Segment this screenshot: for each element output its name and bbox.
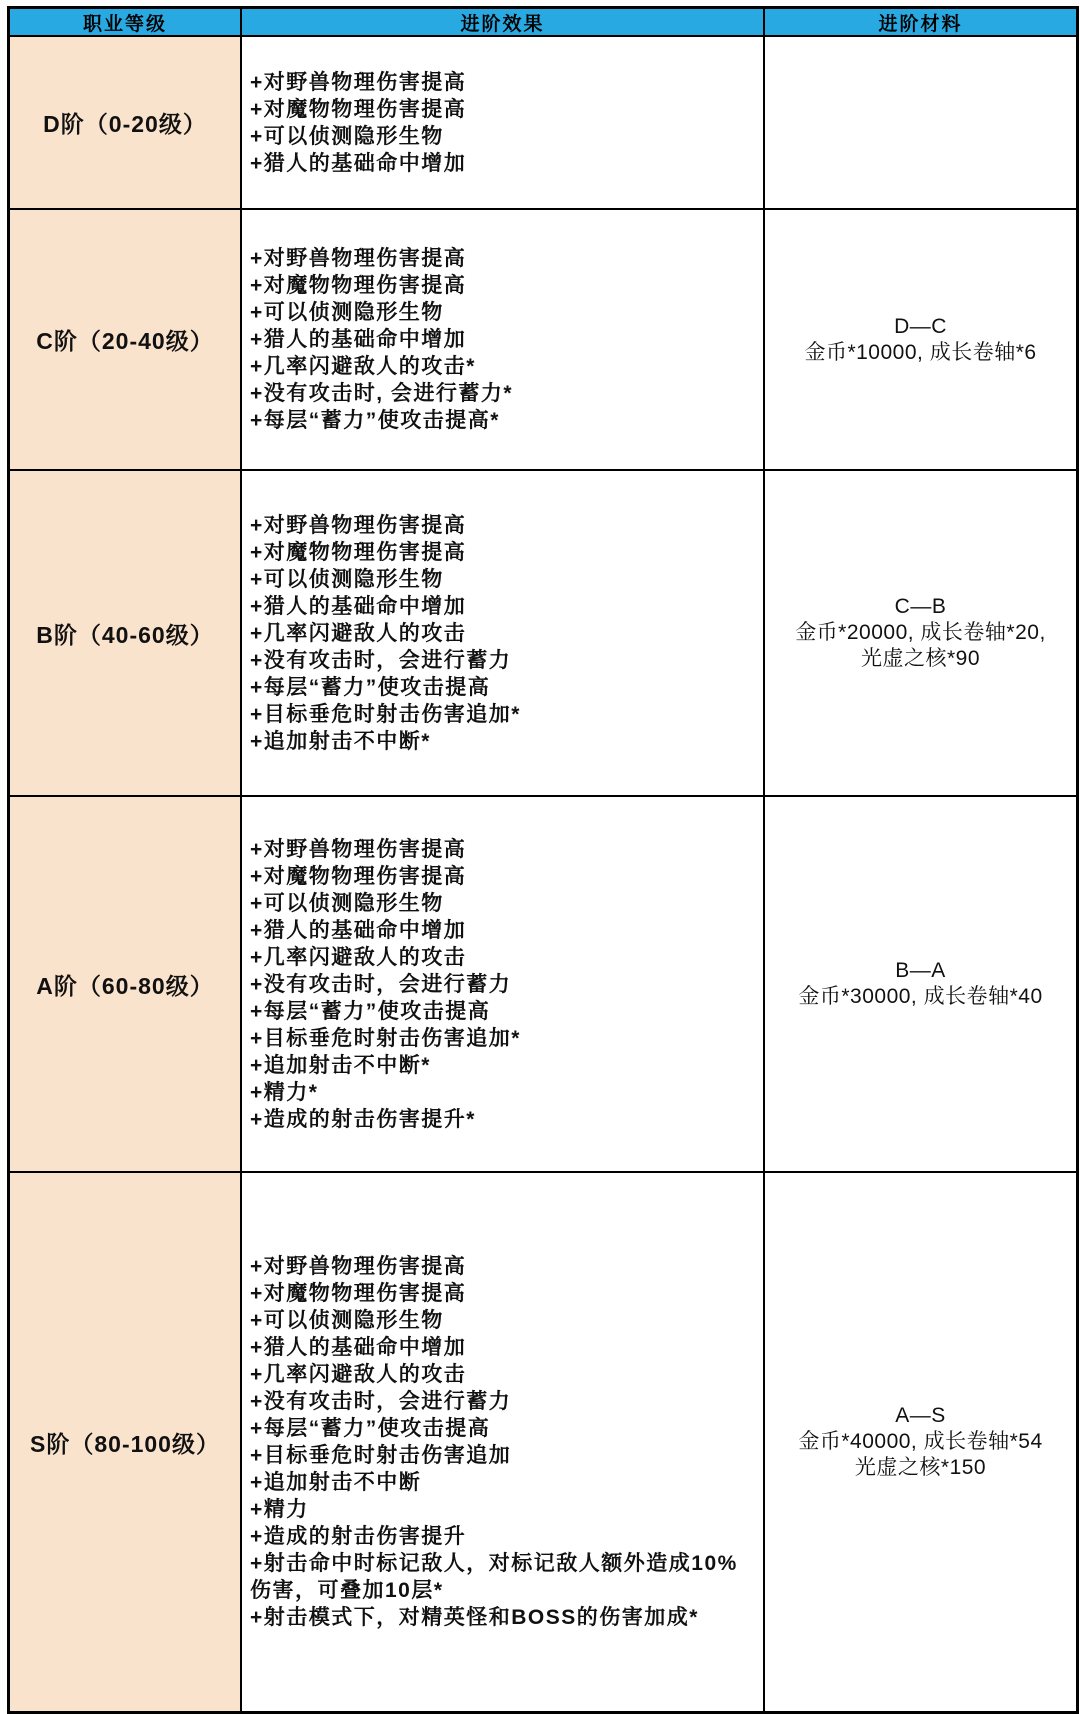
effect-line: +追加射击不中断* — [250, 1052, 521, 1079]
effect-line: +精力 — [250, 1496, 755, 1523]
materials-cell: B—A金币*30000, 成长卷轴*40 — [763, 797, 1076, 1171]
effect-line: +几率闪避敌人的攻击 — [250, 1361, 755, 1388]
effect-line: +对魔物物理伤害提高 — [250, 1280, 755, 1307]
effect-line: +每层“蓄力”使攻击提高 — [250, 998, 521, 1025]
effect-line: +造成的射击伤害提升 — [250, 1523, 755, 1550]
effect-line: +没有攻击时，会进行蓄力 — [250, 647, 521, 674]
materials-list: D—C金币*10000, 成长卷轴*6 — [769, 314, 1072, 366]
materials-list: B—A金币*30000, 成长卷轴*40 — [769, 958, 1072, 1010]
effects-list: +对野兽物理伤害提高+对魔物物理伤害提高+可以侦测隐形生物+猎人的基础命中增加 — [250, 69, 466, 177]
table-row: B阶（40-60级） +对野兽物理伤害提高+对魔物物理伤害提高+可以侦测隐形生物… — [10, 469, 1076, 795]
effect-line: +可以侦测隐形生物 — [250, 566, 521, 593]
material-line: 金币*30000, 成长卷轴*40 — [769, 984, 1072, 1010]
effect-line: +猎人的基础命中增加 — [250, 593, 521, 620]
effect-line: +对魔物物理伤害提高 — [250, 863, 521, 890]
effect-line: +几率闪避敌人的攻击 — [250, 620, 521, 647]
effect-line: +对野兽物理伤害提高 — [250, 69, 466, 96]
grade-label: D阶（0-20级） — [43, 106, 207, 139]
page: 职业等级 进阶效果 进阶材料 D阶（0-20级） +对野兽物理伤害提高+对魔物物… — [0, 0, 1080, 1709]
effect-line: +射击模式下，对精英怪和BOSS的伤害加成* — [250, 1604, 755, 1631]
table-row: A阶（60-80级） +对野兽物理伤害提高+对魔物物理伤害提高+可以侦测隐形生物… — [10, 795, 1076, 1171]
effect-line: +对野兽物理伤害提高 — [250, 836, 521, 863]
material-line: D—C — [769, 314, 1072, 340]
table-header-row: 职业等级 进阶效果 进阶材料 — [10, 9, 1076, 35]
effect-line: +对野兽物理伤害提高 — [250, 512, 521, 539]
effects-cell: +对野兽物理伤害提高+对魔物物理伤害提高+可以侦测隐形生物+猎人的基础命中增加+… — [240, 1173, 763, 1711]
grade-cell: D阶（0-20级） — [10, 37, 240, 208]
table-row: S阶（80-100级） +对野兽物理伤害提高+对魔物物理伤害提高+可以侦测隐形生… — [10, 1171, 1076, 1711]
header-advancement-effects: 进阶效果 — [240, 9, 763, 35]
effects-list: +对野兽物理伤害提高+对魔物物理伤害提高+可以侦测隐形生物+猎人的基础命中增加+… — [250, 1253, 755, 1631]
effects-cell: +对野兽物理伤害提高+对魔物物理伤害提高+可以侦测隐形生物+猎人的基础命中增加+… — [240, 210, 763, 469]
effect-line: +目标垂危时射击伤害追加* — [250, 1025, 521, 1052]
materials-cell: C—B金币*20000, 成长卷轴*20,光虚之核*90 — [763, 471, 1076, 795]
material-line: 光虚之核*90 — [769, 646, 1072, 672]
effect-line: +每层“蓄力”使攻击提高* — [250, 407, 513, 434]
material-line: 金币*20000, 成长卷轴*20, — [769, 620, 1072, 646]
material-line: 光虚之核*150 — [769, 1455, 1072, 1481]
effect-line: +造成的射击伤害提升* — [250, 1106, 521, 1133]
effect-line: +目标垂危时射击伤害追加 — [250, 1442, 755, 1469]
effect-line: +追加射击不中断 — [250, 1469, 755, 1496]
effect-line: +射击命中时标记敌人，对标记敌人额外造成10%伤害，可叠加10层* — [250, 1550, 755, 1604]
grade-label: B阶（40-60级） — [36, 617, 213, 650]
effects-cell: +对野兽物理伤害提高+对魔物物理伤害提高+可以侦测隐形生物+猎人的基础命中增加+… — [240, 471, 763, 795]
grade-label: C阶（20-40级） — [36, 323, 213, 356]
materials-cell: D—C金币*10000, 成长卷轴*6 — [763, 210, 1076, 469]
effect-line: +猎人的基础命中增加 — [250, 1334, 755, 1361]
effects-list: +对野兽物理伤害提高+对魔物物理伤害提高+可以侦测隐形生物+猎人的基础命中增加+… — [250, 836, 521, 1133]
effect-line: +目标垂危时射击伤害追加* — [250, 701, 521, 728]
grade-cell: S阶（80-100级） — [10, 1173, 240, 1711]
effect-line: +猎人的基础命中增加 — [250, 150, 466, 177]
effect-line: +对魔物物理伤害提高 — [250, 96, 466, 123]
material-line: 金币*10000, 成长卷轴*6 — [769, 340, 1072, 366]
materials-list: A—S金币*40000, 成长卷轴*54光虚之核*150 — [769, 1403, 1072, 1481]
materials-cell — [763, 37, 1076, 208]
effect-line: +对野兽物理伤害提高 — [250, 1253, 755, 1280]
effect-line: +对野兽物理伤害提高 — [250, 245, 513, 272]
advancement-table: 职业等级 进阶效果 进阶材料 D阶（0-20级） +对野兽物理伤害提高+对魔物物… — [7, 6, 1079, 1714]
material-line: B—A — [769, 958, 1072, 984]
effect-line: +对魔物物理伤害提高 — [250, 539, 521, 566]
table-row: C阶（20-40级） +对野兽物理伤害提高+对魔物物理伤害提高+可以侦测隐形生物… — [10, 208, 1076, 469]
effect-line: +猎人的基础命中增加 — [250, 917, 521, 944]
effect-line: +每层“蓄力”使攻击提高 — [250, 674, 521, 701]
grade-label: A阶（60-80级） — [36, 968, 213, 1001]
materials-cell: A—S金币*40000, 成长卷轴*54光虚之核*150 — [763, 1173, 1076, 1711]
effect-line: +可以侦测隐形生物 — [250, 890, 521, 917]
effect-line: +对魔物物理伤害提高 — [250, 272, 513, 299]
effect-line: +没有攻击时，会进行蓄力 — [250, 1388, 755, 1415]
grade-cell: A阶（60-80级） — [10, 797, 240, 1171]
grade-cell: B阶（40-60级） — [10, 471, 240, 795]
material-line: 金币*40000, 成长卷轴*54 — [769, 1429, 1072, 1455]
effect-line: +没有攻击时，会进行蓄力 — [250, 971, 521, 998]
effect-line: +没有攻击时, 会进行蓄力* — [250, 380, 513, 407]
materials-list: C—B金币*20000, 成长卷轴*20,光虚之核*90 — [769, 594, 1072, 672]
table-row: D阶（0-20级） +对野兽物理伤害提高+对魔物物理伤害提高+可以侦测隐形生物+… — [10, 35, 1076, 208]
effect-line: +可以侦测隐形生物 — [250, 1307, 755, 1334]
effects-list: +对野兽物理伤害提高+对魔物物理伤害提高+可以侦测隐形生物+猎人的基础命中增加+… — [250, 512, 521, 755]
grade-label: S阶（80-100级） — [30, 1426, 220, 1459]
effects-cell: +对野兽物理伤害提高+对魔物物理伤害提高+可以侦测隐形生物+猎人的基础命中增加 — [240, 37, 763, 208]
header-advancement-materials: 进阶材料 — [763, 9, 1076, 35]
effect-line: +几率闪避敌人的攻击* — [250, 353, 513, 380]
material-line: A—S — [769, 1403, 1072, 1429]
effect-line: +每层“蓄力”使攻击提高 — [250, 1415, 755, 1442]
effect-line: +可以侦测隐形生物 — [250, 123, 466, 150]
header-occupation-level: 职业等级 — [10, 9, 240, 35]
effects-cell: +对野兽物理伤害提高+对魔物物理伤害提高+可以侦测隐形生物+猎人的基础命中增加+… — [240, 797, 763, 1171]
effect-line: +几率闪避敌人的攻击 — [250, 944, 521, 971]
effect-line: +精力* — [250, 1079, 521, 1106]
effects-list: +对野兽物理伤害提高+对魔物物理伤害提高+可以侦测隐形生物+猎人的基础命中增加+… — [250, 245, 513, 434]
effect-line: +可以侦测隐形生物 — [250, 299, 513, 326]
grade-cell: C阶（20-40级） — [10, 210, 240, 469]
effect-line: +猎人的基础命中增加 — [250, 326, 513, 353]
material-line: C—B — [769, 594, 1072, 620]
effect-line: +追加射击不中断* — [250, 728, 521, 755]
